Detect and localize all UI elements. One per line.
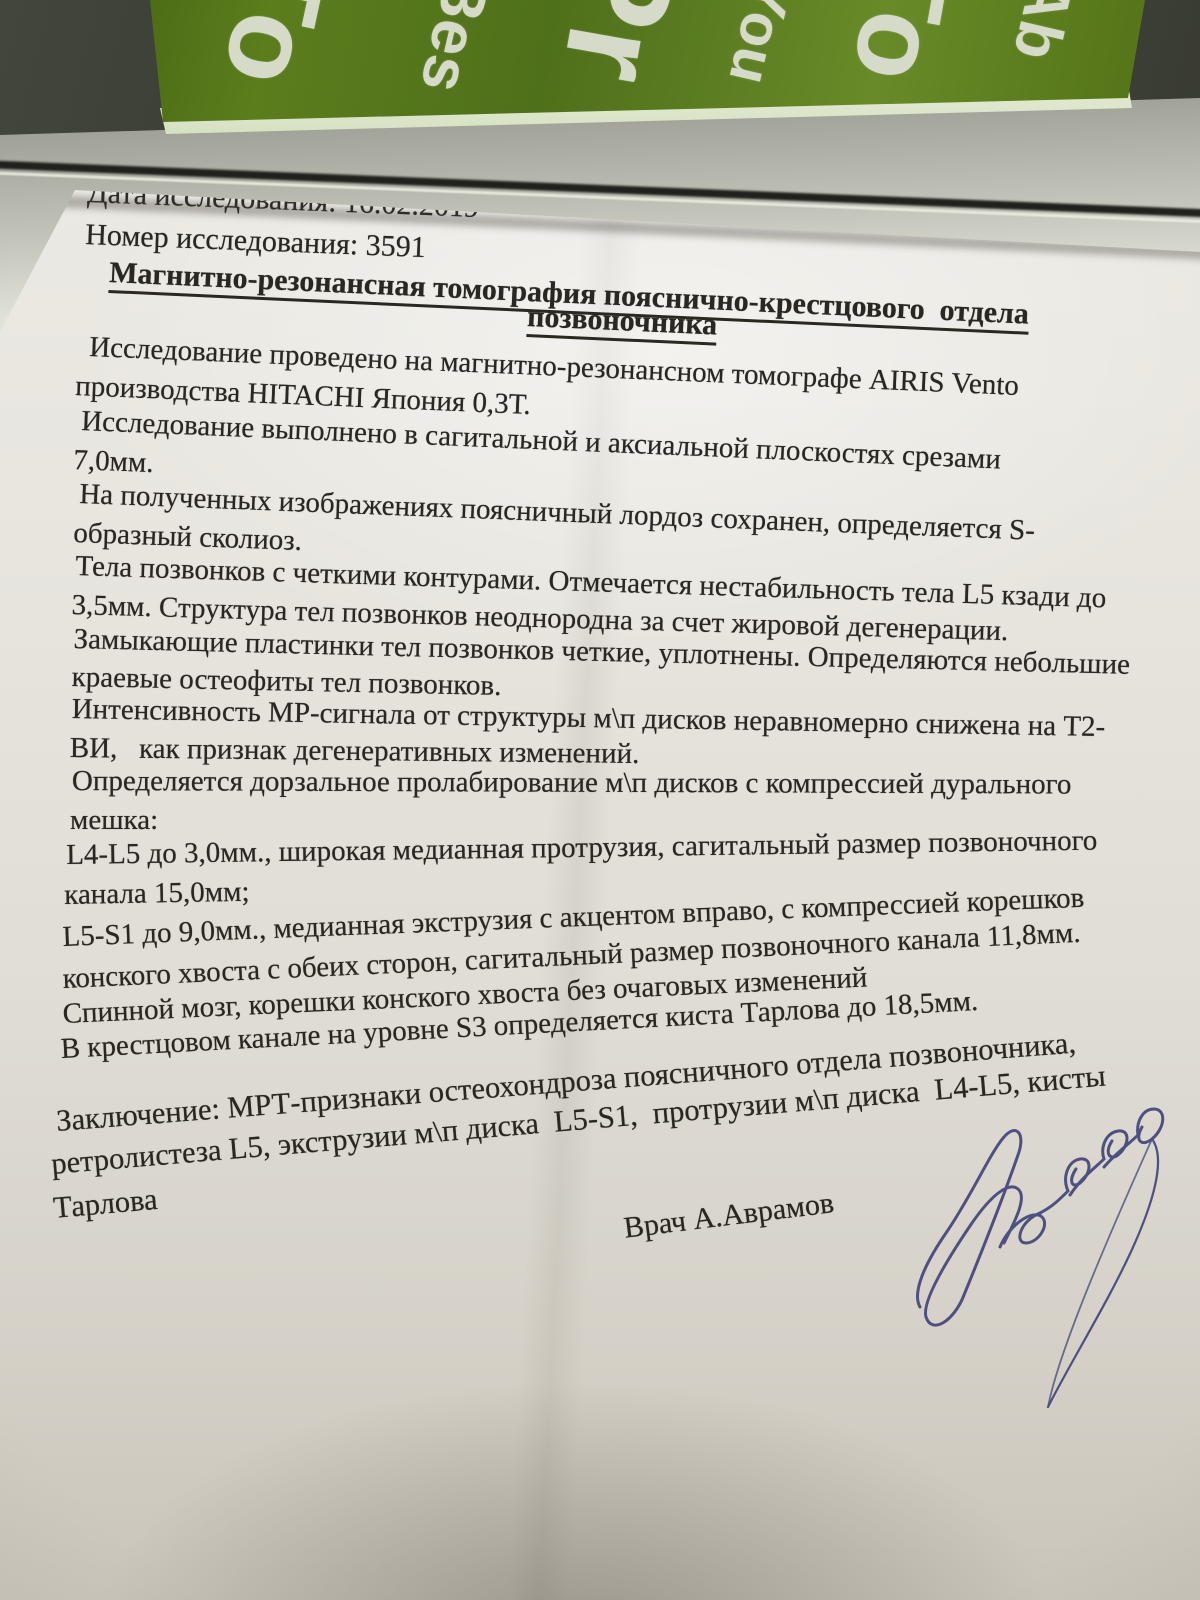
brochure-letter-fragment: Pr [542,0,700,92]
report-line: 7,0мм. [73,445,154,480]
brochure-letter-fragment: You [719,0,800,90]
report-line: канала 15,0мм; [64,877,250,912]
report-title-line-2: позвоночника [526,300,718,346]
doctor-signature [890,1095,1190,1435]
report-line: Определяется дорзальное пролабирование м… [72,766,1072,801]
doctor-name-line: Врач А.Аврамов [622,1186,836,1244]
brochure-letter-fragment: Ab [1003,0,1082,66]
report-line: L4-L5 до 3,0мм., широкая медианная протр… [66,826,1097,872]
report-line: мешка: [70,805,158,837]
brochure-letter-fragment: To [835,0,968,91]
brochure-letter-fragment: Bes [411,0,500,99]
conclusion-line-3: Тарлова [52,1183,159,1226]
report-line: Исследование выполнено в сагитальной и а… [81,406,1002,476]
brochure-letter-fragment: To [205,0,345,96]
photo-scene: Дата исследования: 16.02.2019Номер иссле… [0,0,1200,1600]
